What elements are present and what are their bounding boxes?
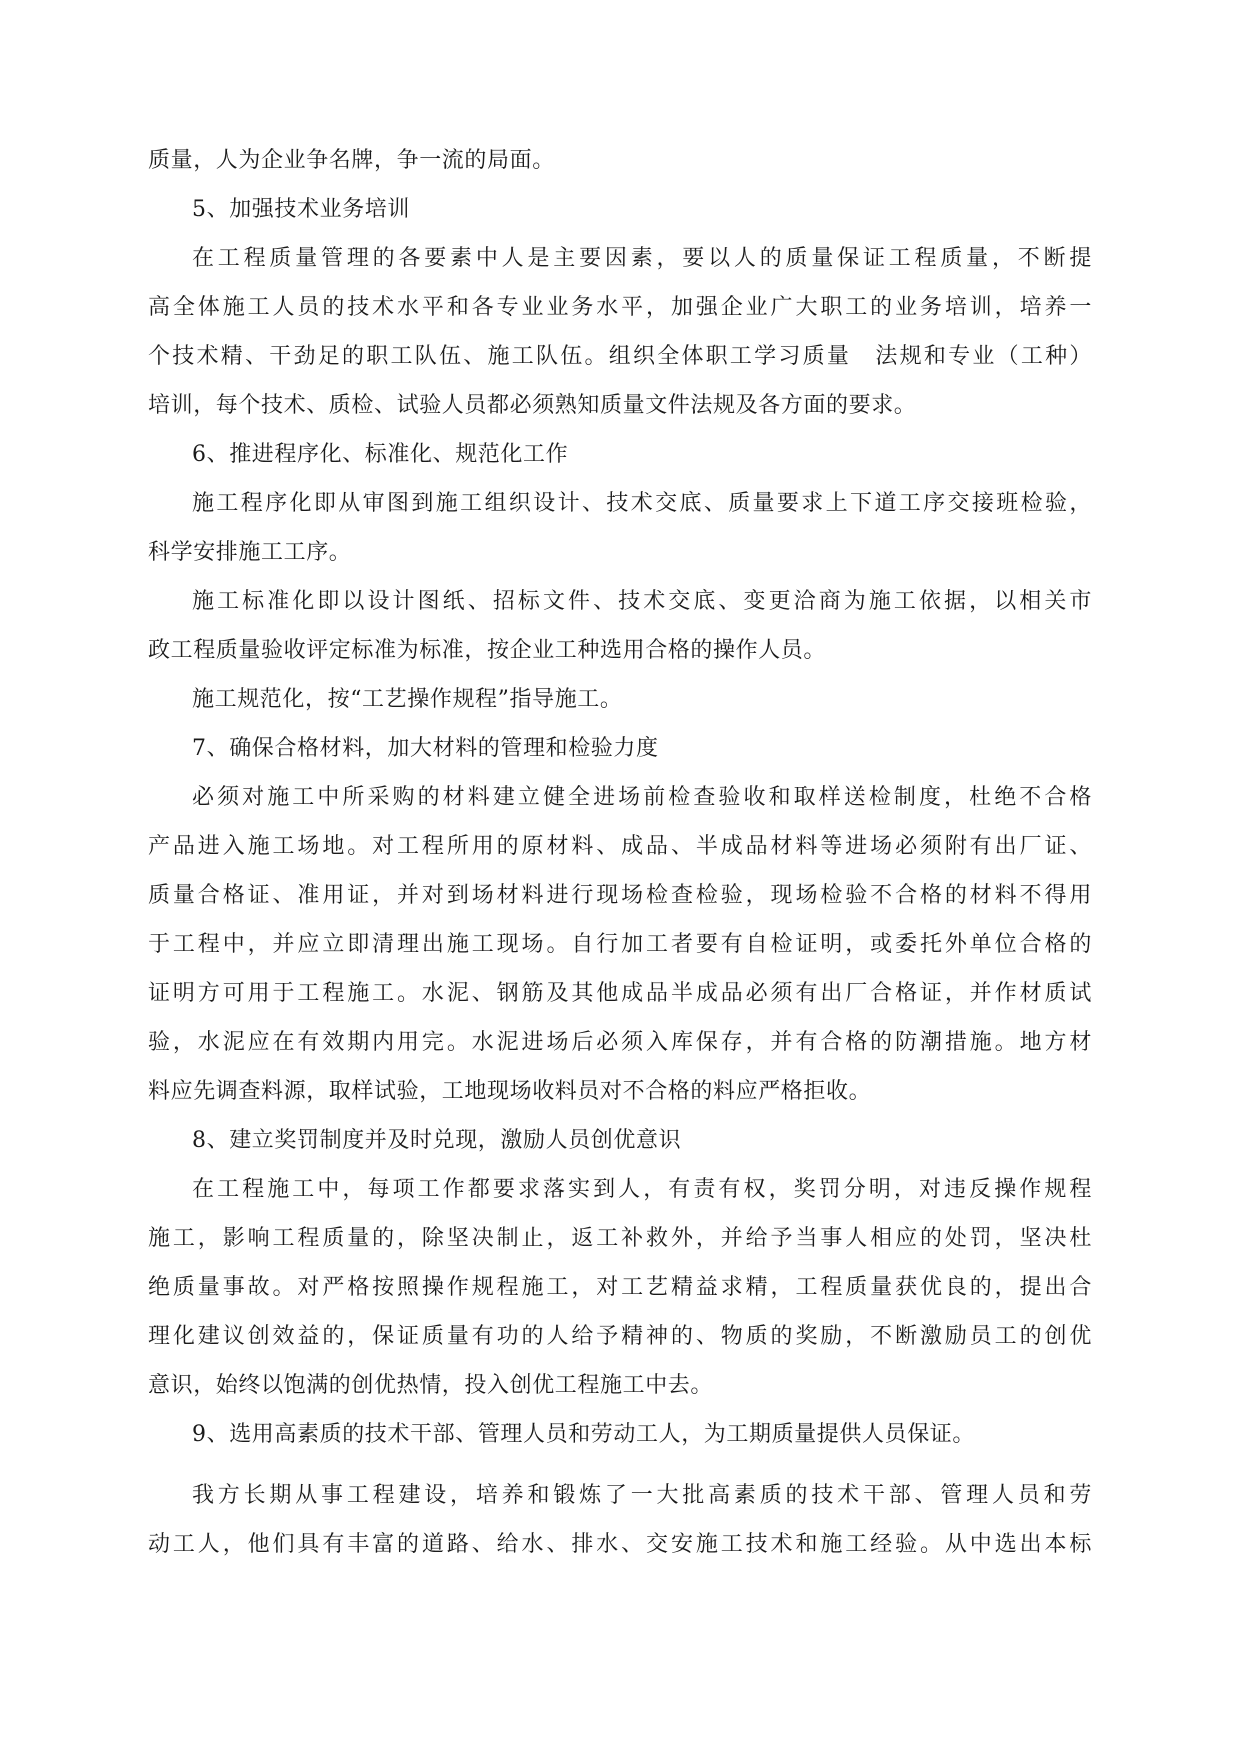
paragraph-line: 料应先调查料源，取样试验，工地现场收料员对不合格的料应严格拒收。 [148,1067,1092,1116]
paragraph-line: 高全体施工人员的技术水平和各专业业务水平，加强企业广大职工的业务培训，培养一 [148,283,1092,332]
paragraph-line: 必须对施工中所采购的材料建立健全进场前检查验收和取样送检制度，杜绝不合格 [148,773,1092,822]
paragraph-line: 证明方可用于工程施工。水泥、钢筋及其他成品半成品必须有出厂合格证，并作材质试 [148,969,1092,1018]
section-heading-7: 7、确保合格材料，加大材料的管理和检验力度 [148,724,1092,773]
document-page: 质量，人为企业争名牌，争一流的局面。 5、加强技术业务培训 在工程质量管理的各要… [148,136,1092,1569]
section-heading-5: 5、加强技术业务培训 [148,185,1092,234]
paragraph-line: 绝质量事故。对严格按照操作规程施工，对工艺精益求精，工程质量获优良的，提出合 [148,1263,1092,1312]
paragraph-line: 产品进入施工场地。对工程所用的原材料、成品、半成品材料等进场必须附有出厂证、 [148,822,1092,871]
paragraph-line: 施工规范化，按“工艺操作规程”指导施工。 [148,675,1092,724]
paragraph-line: 施工程序化即从审图到施工组织设计、技术交底、质量要求上下道工序交接班检验， [148,479,1092,528]
section-heading-6: 6、推进程序化、标准化、规范化工作 [148,430,1092,479]
section-heading-9: 9、选用高素质的技术干部、管理人员和劳动工人，为工期质量提供人员保证。 [148,1410,1092,1459]
paragraph-line: 验，水泥应在有效期内用完。水泥进场后必须入库保存，并有合格的防潮措施。地方材 [148,1018,1092,1067]
paragraph-line: 质量合格证、准用证，并对到场材料进行现场检查检验，现场检验不合格的材料不得用 [148,871,1092,920]
paragraph-line: 培训，每个技术、质检、试验人员都必须熟知质量文件法规及各方面的要求。 [148,381,1092,430]
paragraph-line: 于工程中，并应立即清理出施工现场。自行加工者要有自检证明，或委托外单位合格的 [148,920,1092,969]
paragraph-line: 科学安排施工工序。 [148,528,1092,577]
text-line-continuation: 质量，人为企业争名牌，争一流的局面。 [148,136,1092,185]
section-heading-8: 8、建立奖罚制度并及时兑现，激励人员创优意识 [148,1116,1092,1165]
paragraph-line: 政工程质量验收评定标准为标准，按企业工种选用合格的操作人员。 [148,626,1092,675]
paragraph-line: 意识，始终以饱满的创优热情，投入创优工程施工中去。 [148,1361,1092,1410]
paragraph-line: 施工，影响工程质量的，除坚决制止，返工补救外，并给予当事人相应的处罚，坚决杜 [148,1214,1092,1263]
paragraph-line: 个技术精、干劲足的职工队伍、施工队伍。组织全体职工学习质量 法规和专业（工种） [148,332,1092,381]
paragraph-line: 施工标准化即以设计图纸、招标文件、技术交底、变更洽商为施工依据，以相关市 [148,577,1092,626]
paragraph-line: 在工程质量管理的各要素中人是主要因素，要以人的质量保证工程质量，不断提 [148,234,1092,283]
paragraph-line: 在工程施工中，每项工作都要求落实到人，有责有权，奖罚分明，对违反操作规程 [148,1165,1092,1214]
paragraph-line: 我方长期从事工程建设，培养和锻炼了一大批高素质的技术干部、管理人员和劳 [148,1471,1092,1520]
paragraph-line: 动工人，他们具有丰富的道路、给水、排水、交安施工技术和施工经验。从中选出本标 [148,1520,1092,1569]
paragraph-line: 理化建议创效益的，保证质量有功的人给予精神的、物质的奖励，不断激励员工的创优 [148,1312,1092,1361]
